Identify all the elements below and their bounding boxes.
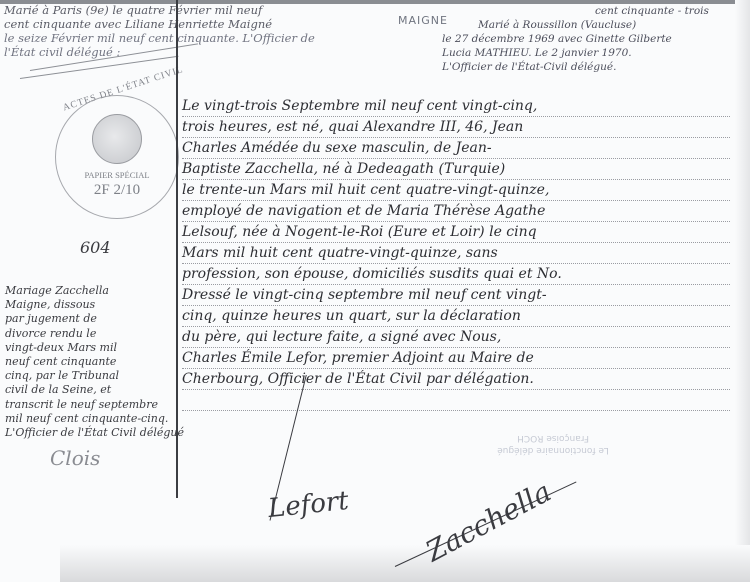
annotation-line: le seize Février mil neuf cent cinquante… <box>4 31 315 45</box>
surname-stamp: MAIGNE <box>398 14 448 27</box>
top-right-annotation: cent cinquante - trois Marié à Roussillo… <box>470 4 709 74</box>
fiscal-stamp: ACTES DE L'ÉTAT CIVIL PAPIER SPÉCIAL 2F … <box>55 95 179 219</box>
body-line: Baptiste Zacchella, né à Dedeagath (Turq… <box>182 159 730 180</box>
body-line: Mars mil huit cent quatre-vingt-quinze, … <box>182 243 730 264</box>
marianne-medallion-icon <box>92 114 142 164</box>
body-line: profession, son épouse, domiciliés susdi… <box>182 264 730 285</box>
body-line: Cherbourg, Officier de l'État Civil par … <box>182 369 730 390</box>
body-line: Charles Amédée du sexe masculin, de Jean… <box>182 138 730 159</box>
annotation-line: L'Officier de l'État-Civil délégué. <box>442 60 709 74</box>
stamp-label: PAPIER SPÉCIAL <box>74 170 160 180</box>
margin-line: mil neuf cent cinquante-cinq. <box>5 412 184 426</box>
page-edge-shadow <box>735 0 750 582</box>
body-line: Dressé le vingt-cinq septembre mil neuf … <box>182 285 730 306</box>
margin-line: divorce rendu le <box>5 327 184 341</box>
show-through-line: Le fonctionnaire délégué <box>478 444 628 456</box>
margin-line: vingt-deux Mars mil <box>5 341 184 355</box>
top-left-annotation: Marié à Paris (9e) le quatre Février mil… <box>4 3 315 59</box>
annotation-line: Marié à Paris (9e) le quatre Février mil… <box>4 3 315 17</box>
annotation-line: Marié à Roussillon (Vaucluse) <box>478 18 709 32</box>
margin-line: par jugement de <box>5 312 184 326</box>
margin-line: neuf cent cinquante <box>5 355 184 369</box>
margin-line: Maigne, dissous <box>5 298 184 312</box>
body-line-blank <box>182 390 730 411</box>
annotation-line: Lucia MATHIEU. Le 2 janvier 1970. <box>442 46 709 60</box>
margin-line: cinq, par le Tribunal <box>5 369 184 383</box>
body-line: cinq, quinze heures un quart, sur la déc… <box>182 306 730 327</box>
body-line: trois heures, est né, quai Alexandre III… <box>182 117 730 138</box>
margin-line: civil de la Seine, et <box>5 383 184 397</box>
annotation-line: l'État civil délégué : <box>4 45 315 59</box>
margin-line: transcrit le neuf septembre <box>5 398 184 412</box>
officer-signature: Lefort <box>267 486 351 524</box>
body-line: du père, qui lecture faite, a signé avec… <box>182 327 730 348</box>
body-line: employé de navigation et de Maria Thérès… <box>182 201 730 222</box>
body-line: Lelsouf, née à Nogent-le-Roi (Eure et Lo… <box>182 222 730 243</box>
margin-line: L'Officier de l'État Civil délégué <box>5 426 184 440</box>
annotation-line: cent cinquante - trois <box>595 4 709 18</box>
annotation-line: cent cinquante avec Liliane Henriette Ma… <box>4 17 315 31</box>
entry-number: 604 <box>80 238 111 257</box>
body-line: Le vingt-trois Septembre mil neuf cent v… <box>182 96 730 117</box>
body-line: le trente-un Mars mil huit cent quatre-v… <box>182 180 730 201</box>
document-page: Marié à Paris (9e) le quatre Février mil… <box>0 0 750 582</box>
annotation-line: le 27 décembre 1969 avec Ginette Gilbert… <box>442 32 709 46</box>
show-through-line: Françoise ROCH <box>478 432 628 444</box>
margin-divorce-note: Mariage Zacchella Maigne, dissous par ju… <box>5 284 184 440</box>
margin-signature: Clois <box>50 446 100 470</box>
bottom-edge-shadow <box>60 545 750 582</box>
margin-line: Mariage Zacchella <box>5 284 184 298</box>
show-through-stamp: Le fonctionnaire délégué Françoise ROCH <box>478 420 628 456</box>
record-body: Le vingt-trois Septembre mil neuf cent v… <box>182 96 730 411</box>
body-line: Charles Émile Lefor, premier Adjoint au … <box>182 348 730 369</box>
stamp-price: 2F 2/10 <box>84 182 150 199</box>
